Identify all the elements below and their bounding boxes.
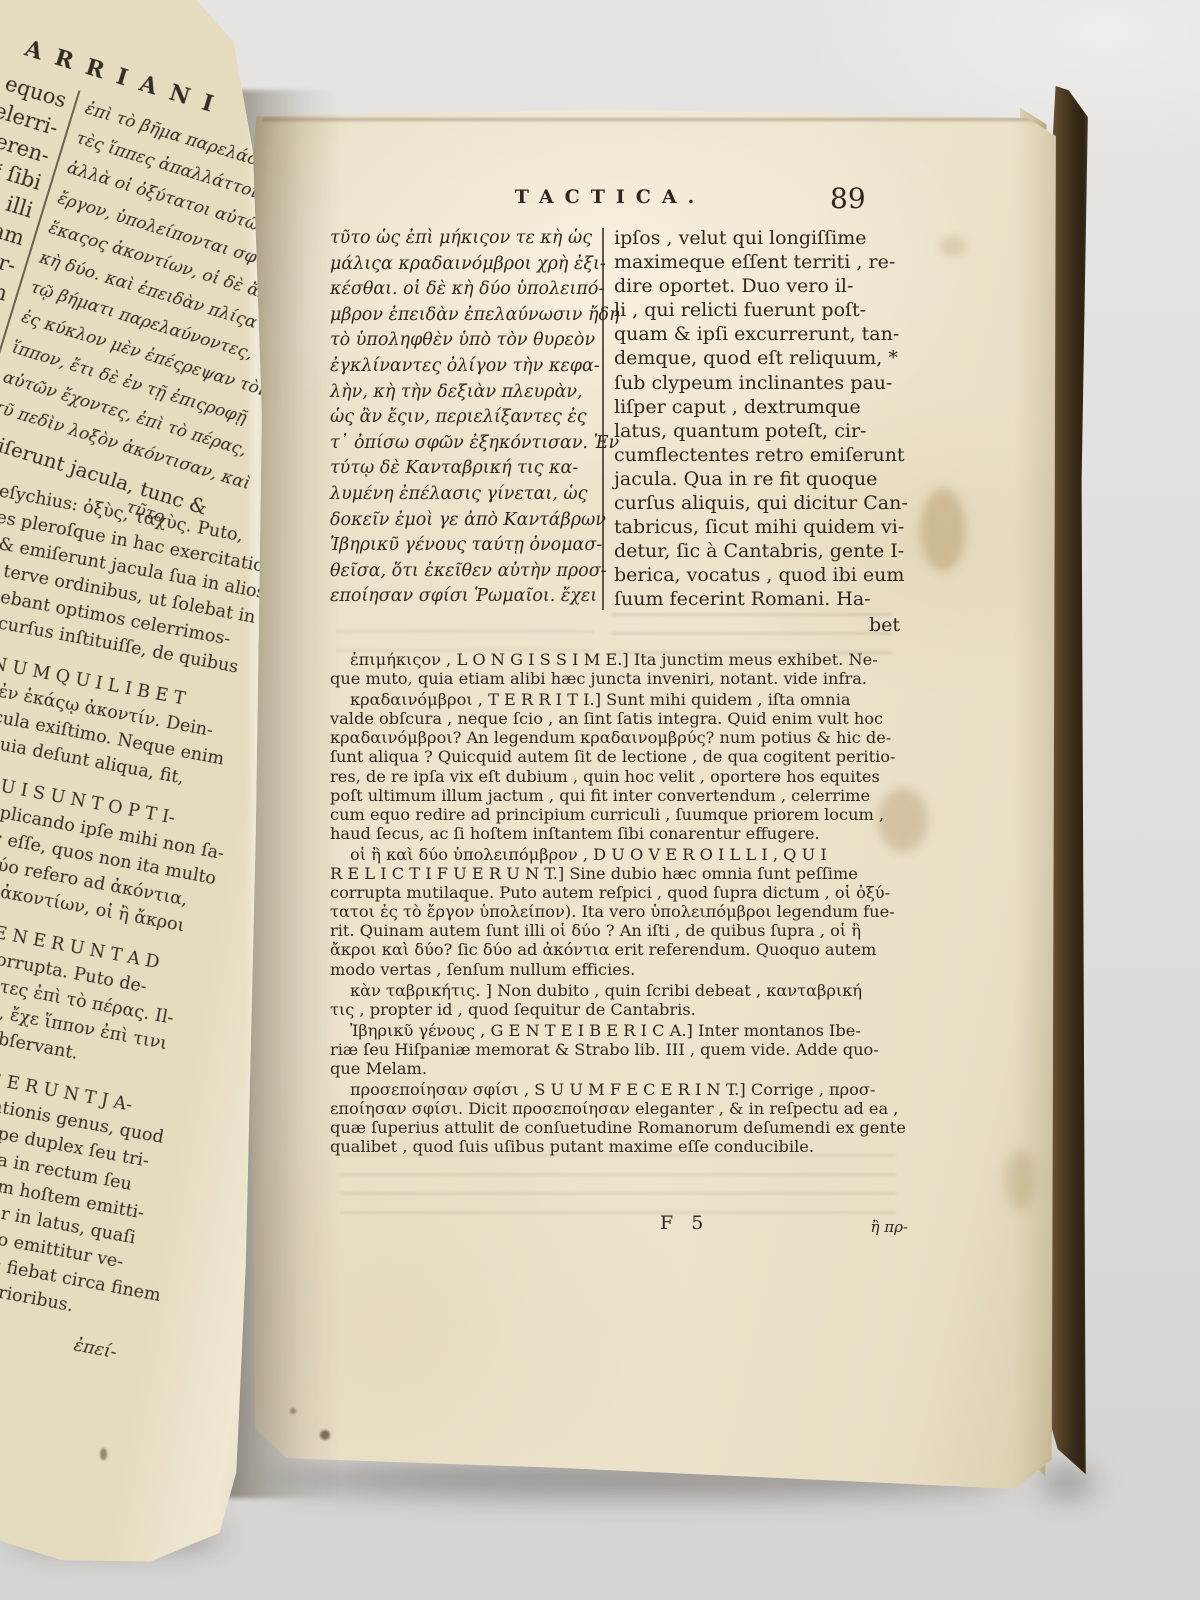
text-line: ἐγκλίναντες ὀλίγον τὴν κεφα- bbox=[330, 354, 602, 380]
text-line: μάλιςα κραδαινόμβροι χρὴ ἐξι- bbox=[330, 252, 602, 278]
text-line: λυμένη ἐπέλασις γίνεται, ὡς bbox=[330, 482, 602, 508]
text-line: Ἰβηρικῦ γένους , G E N T E I B E R I C A… bbox=[330, 1021, 908, 1040]
text-line: R E L I C T I F U E R U N T.] Sine dubio… bbox=[330, 864, 908, 883]
text-line: κραδαινόμβροι , T E R R I T I.] Sunt mih… bbox=[330, 690, 908, 709]
text-line: κὰν ταβρικήτις. ] Non dubito , quin ſcri… bbox=[330, 981, 908, 1000]
left-page: ARRIANI equoscelerri-geren-* ſibi, illie… bbox=[0, 0, 278, 1600]
text-line: ſunt aliqua ? Quicquid autem ſit de lect… bbox=[330, 747, 908, 766]
text-line: τύτῳ δὲ Κανταβρική τις κα- bbox=[330, 456, 602, 482]
commentary-block: ἐπιμήκιςον , L O N G I S S I M E.] Ita j… bbox=[330, 650, 908, 1158]
commentary-paragraph: Ἰβηρικῦ γένους , G E N T E I B E R I C A… bbox=[330, 1021, 908, 1078]
text-line: κραδαινόμβροι? An legendum κραδαινομβρύς… bbox=[330, 728, 908, 747]
foxing-stain bbox=[1005, 1150, 1035, 1210]
text-line: Ἰβηρικῦ γένους ταύτῃ ὀνομασ- bbox=[330, 533, 602, 559]
text-line: ὡς ἂν ἔςιν, περιελίξαντες ἐς bbox=[330, 405, 602, 431]
ink-bleedthrough bbox=[336, 614, 594, 652]
page-number: 89 bbox=[830, 182, 866, 215]
text-line: οἱ ἢ καὶ δύο ὑπολειπόμβρον , D U O V E R… bbox=[330, 845, 908, 864]
latin-text-column: ipſos , velut qui longiſſimemaximeque eſ… bbox=[614, 226, 906, 612]
page-top-edge-shade bbox=[263, 118, 1035, 121]
text-line: cum equo redire ad principium curriculi … bbox=[330, 805, 908, 824]
commentary-paragraph: οἱ ἢ καὶ δύο ὑπολειπόμβρον , D U O V E R… bbox=[330, 845, 908, 979]
foxing-stain bbox=[100, 1448, 107, 1460]
text-line: modo vertas , ſenſum nullum efficies. bbox=[330, 960, 908, 979]
column-catchword: bet bbox=[614, 614, 900, 636]
column-divider-rule bbox=[602, 228, 604, 610]
text-line: jacula. Qua in re fit quoque bbox=[614, 467, 906, 491]
text-line: curſus aliquis, qui dicitur Can- bbox=[614, 491, 906, 515]
ink-bleedthrough bbox=[340, 1154, 896, 1214]
text-line: demque, quod eſt reliquum, * bbox=[614, 346, 906, 370]
commentary-section: O R S U M E M I S E R U N T J A-intellig… bbox=[0, 1038, 185, 1332]
page-header: TACTICA. 89 bbox=[230, 186, 1060, 220]
text-line: κέσθαι. οἱ δὲ κὴ δύο ὑπολειπό- bbox=[330, 277, 602, 303]
book-photograph: TACTICA. 89 τῦτο ὡς ἐπὶ μήκιςον τε κὴ ὡς… bbox=[0, 0, 1200, 1600]
left-page-commentary-block: ML] Heſychius: ὀξὺς, ταχὺς. Puto,: Equit… bbox=[0, 468, 278, 1367]
text-line: riæ ſeu Hiſpaniæ memorat & Strabo lib. I… bbox=[330, 1040, 908, 1059]
text-line: latus, quantum poteſt, cir- bbox=[614, 419, 906, 443]
text-line: que Melam. bbox=[330, 1059, 908, 1078]
greek-text-column: τῦτο ὡς ἐπὶ μήκιςον τε κὴ ὡςμάλιςα κραδα… bbox=[330, 226, 602, 610]
text-line: quam & ipſi excurrerunt, tan- bbox=[614, 322, 906, 346]
text-line: li , qui relicti fuerunt poſt- bbox=[614, 298, 906, 322]
page-catchword: ἢ πρ- bbox=[778, 1218, 908, 1236]
text-line: ipſos , velut qui longiſſime bbox=[614, 226, 906, 250]
text-line: res, de re ipſa vix eſt dubium , quin ho… bbox=[330, 767, 908, 786]
commentary-paragraph: κραδαινόμβροι , T E R R I T I.] Sunt mih… bbox=[330, 690, 908, 843]
text-line: μβρον ἐπειδὰν ἐπελαύνωσιν ἤδη bbox=[330, 303, 602, 329]
text-line: λὴν, κὴ τὴν δεξιὰν πλευρὰν, bbox=[330, 380, 602, 406]
text-line: ἄκροι καὶ δύο? ſic δύο ad ἀκόντια erit r… bbox=[330, 940, 908, 959]
text-line: τατοι ἐς τὸ ἔργον ὑπολείπον). Ita vero ὑ… bbox=[330, 902, 908, 921]
text-line: τῦτο ὡς ἐπὶ μήκιςον τε κὴ ὡς bbox=[330, 226, 602, 252]
signature-mark: F 5 bbox=[660, 1212, 709, 1234]
text-line: tabricus, ſicut mihi quidem vi- bbox=[614, 515, 906, 539]
left-page-upper-block: ARRIANI equoscelerri-geren-* ſibi, illie… bbox=[0, 18, 278, 539]
foxing-stain bbox=[940, 236, 966, 256]
text-line: valde obſcura , neque ſcio , an ſint ſat… bbox=[330, 709, 908, 728]
text-line: ἐπιμήκιςον , L O N G I S S I M E.] Ita j… bbox=[330, 650, 908, 669]
text-line: δοκεῖν ἐμοὶ γε ἀπὸ Καντάβρων bbox=[330, 508, 602, 534]
text-line: detur, ſic à Cantabris, gente I- bbox=[614, 539, 906, 563]
text-line: τ᾽ ὀπίσω σφῶν ἐξηκόντισαν. Ἐν bbox=[330, 431, 602, 457]
right-page: TACTICA. 89 τῦτο ὡς ἐπὶ μήκιςον τε κὴ ὡς… bbox=[230, 94, 1060, 1496]
text-line: berica, vocatus , quod ibi eum bbox=[614, 563, 906, 587]
text-line: rit. Quinam autem ſunt illi οἱ δύο ? An … bbox=[330, 921, 908, 940]
text-line: qualibet , quod ſuis uſibus putant maxim… bbox=[330, 1137, 908, 1156]
text-line: προσεποίησαν σφίσι , S U U M F E C E R I… bbox=[330, 1080, 908, 1099]
text-line: τὸ ὑποληφθὲν ὑπὸ τὸν θυρεὸν bbox=[330, 328, 602, 354]
running-title: TACTICA. bbox=[480, 186, 740, 208]
text-line: ſub clypeum inclinantes pau- bbox=[614, 371, 906, 395]
text-line: liſper caput , dextrumque bbox=[614, 395, 906, 419]
text-line: quæ ſuperius attulit de conſuetudine Rom… bbox=[330, 1118, 908, 1137]
text-line: que muto, quia etiam alibi hæc juncta in… bbox=[330, 669, 908, 688]
text-line: haud ſecus, ac ſi hoſtem inſtantem ſibi … bbox=[330, 824, 908, 843]
text-line: ſuum fecerint Romani. Ha- bbox=[614, 587, 906, 611]
text-line: maximeque eſſent territi , re- bbox=[614, 250, 906, 274]
page-shadow bbox=[1040, 1470, 1094, 1496]
commentary-paragraph: κὰν ταβρικήτις. ] Non dubito , quin ſcri… bbox=[330, 981, 908, 1019]
commentary-paragraph: προσεποίησαν σφίσι , S U U M F E C E R I… bbox=[330, 1080, 908, 1156]
text-line: θεῖσα, ὅτι ἐκεῖθεν αὐτὴν προσ- bbox=[330, 559, 602, 585]
foxing-stain bbox=[920, 488, 966, 572]
text-line: dire oportet. Duo vero il- bbox=[614, 274, 906, 298]
text-line: εποίησαν σφίσι Ῥωμαῖοι. ἔχει bbox=[330, 584, 602, 610]
text-line: corrupta mutilaque. Puto autem reſpici ,… bbox=[330, 883, 908, 902]
commentary-paragraph: ἐπιμήκιςον , L O N G I S S I M E.] Ita j… bbox=[330, 650, 908, 688]
text-line: cumflectentes retro emiſerunt bbox=[614, 443, 906, 467]
text-line: τις , propter id , quod ſequitur de Cant… bbox=[330, 1000, 908, 1019]
text-line: εποίησαν σφίσι. Dicit προσεποίησαν elega… bbox=[330, 1099, 908, 1118]
text-line: poſt ultimum illum jactum , qui fit inte… bbox=[330, 786, 908, 805]
